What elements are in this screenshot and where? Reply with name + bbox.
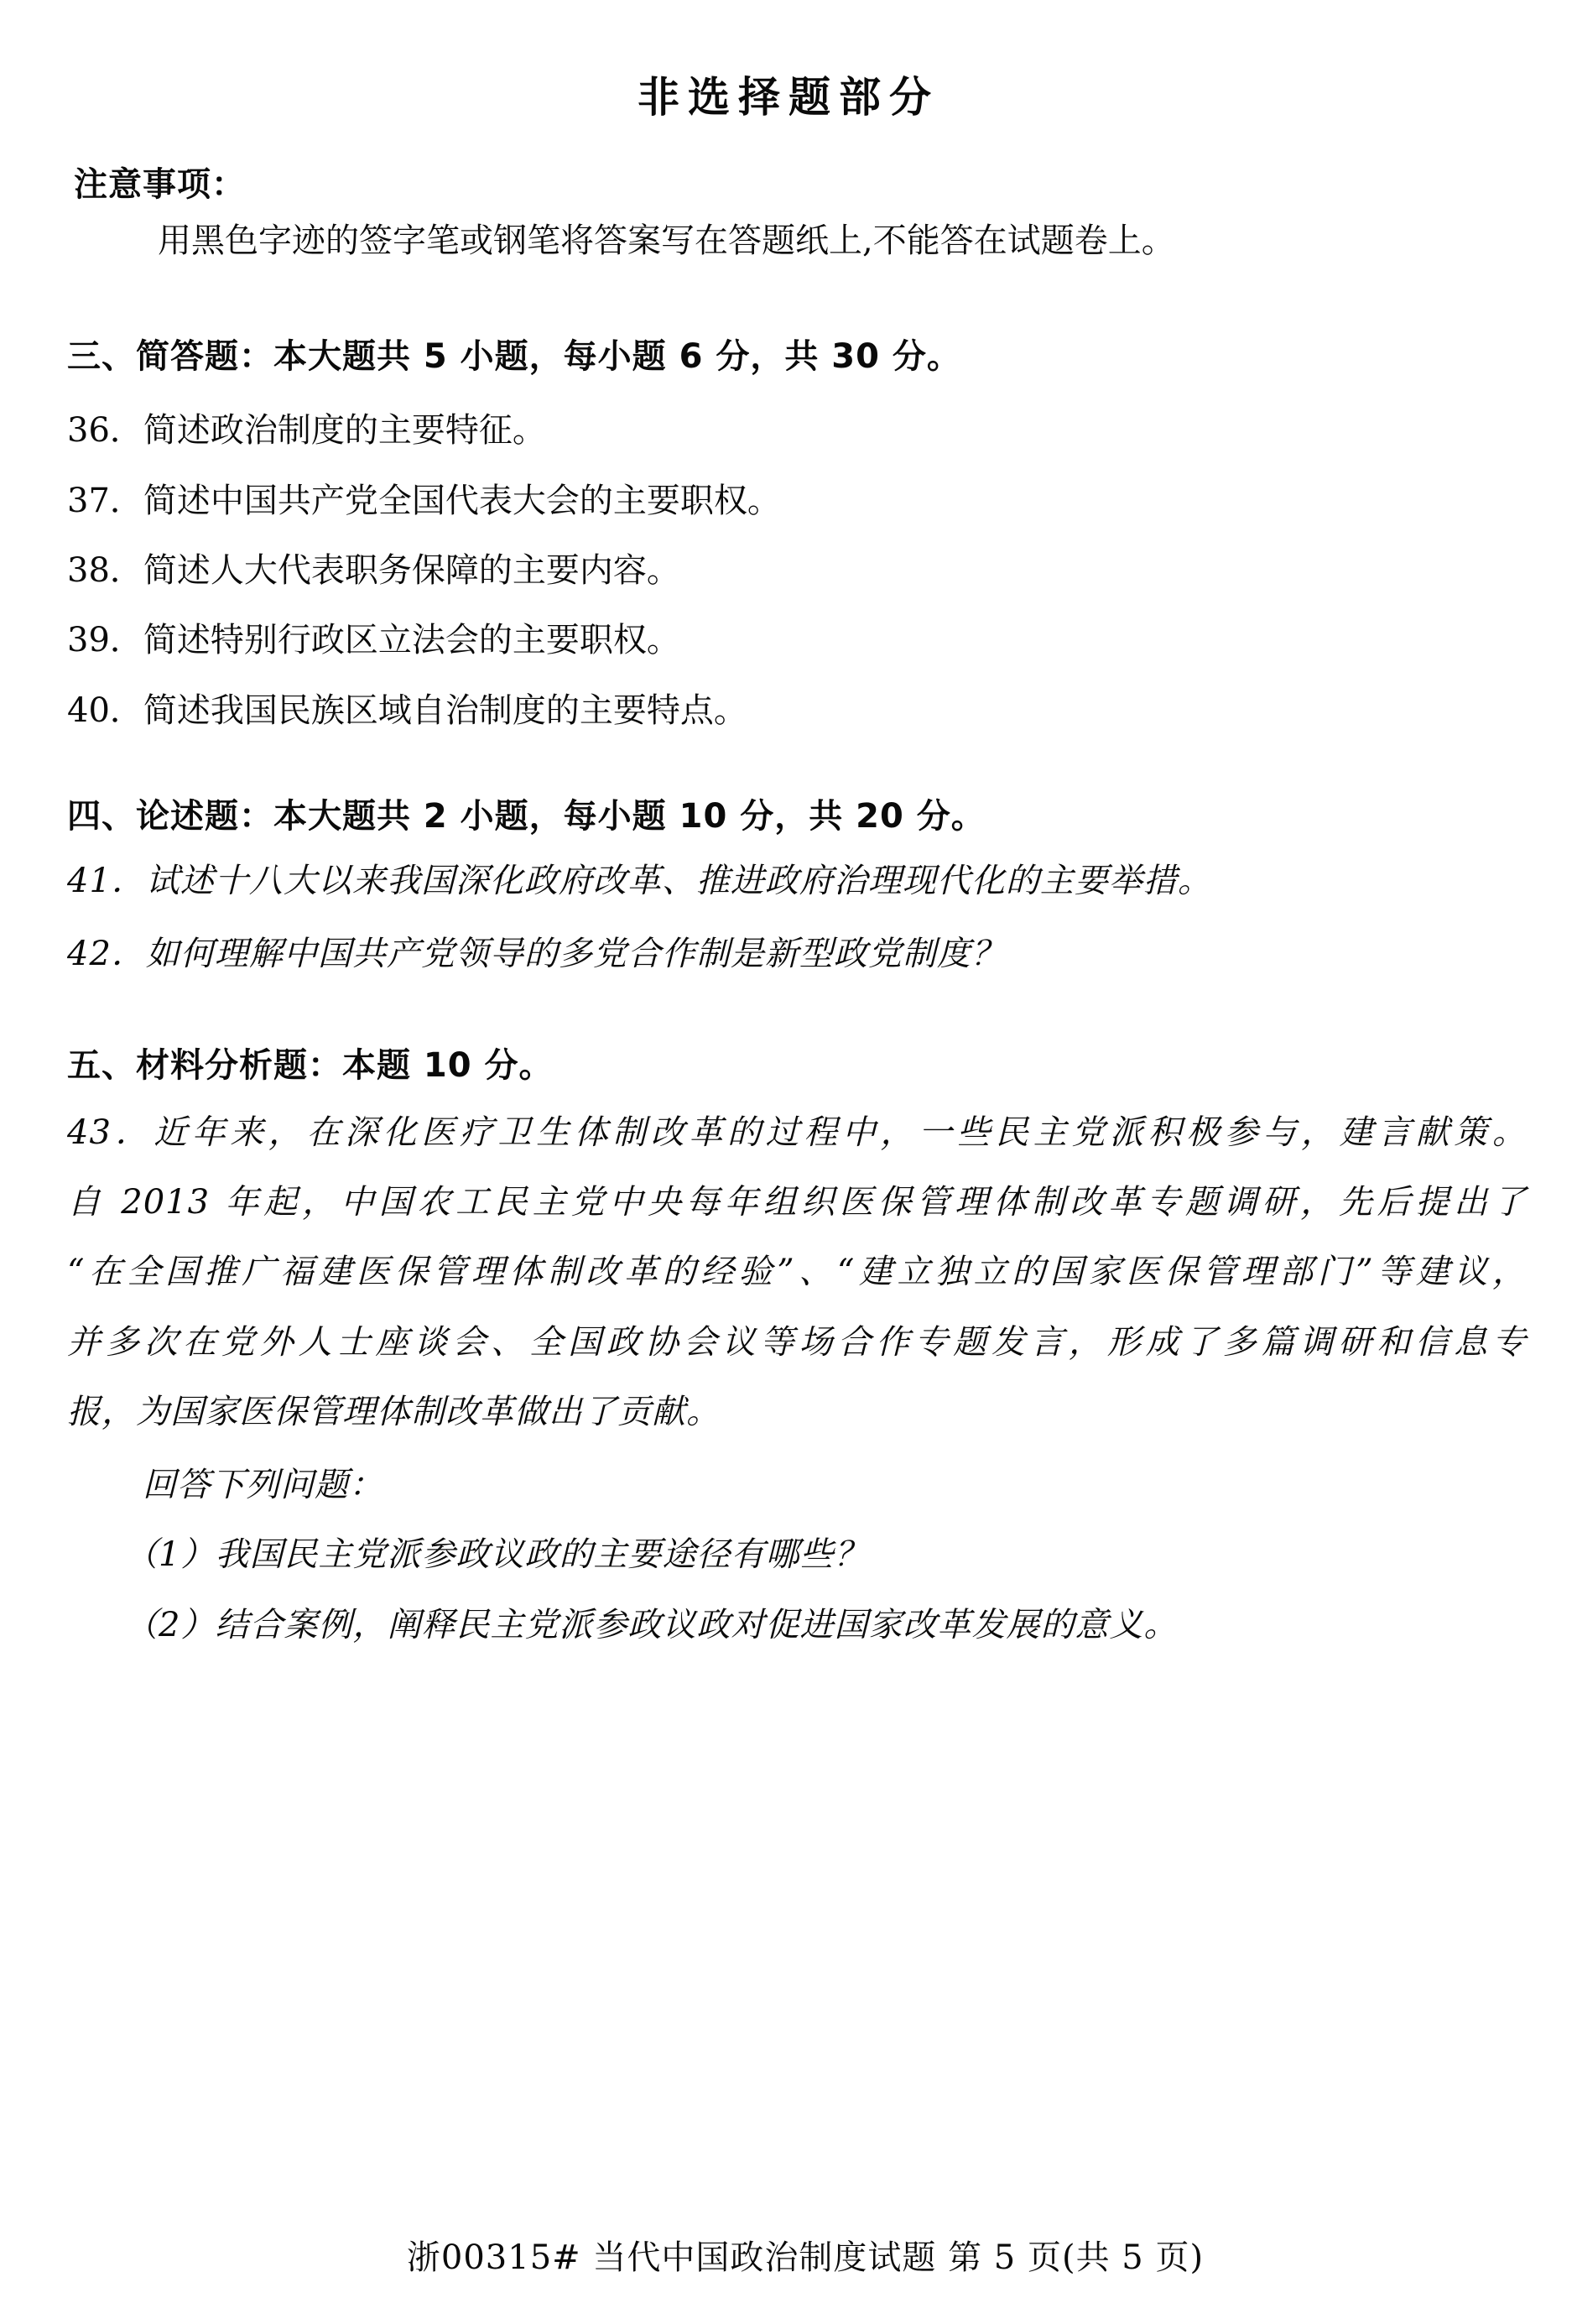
section-5-header: 五、材料分析题：本题 10 分。 <box>67 1045 554 1086</box>
question-36: 36．简述政治制度的主要特征。 <box>67 410 546 451</box>
question-39: 39．简述特别行政区立法会的主要职权。 <box>67 620 680 660</box>
question-37: 37．简述中国共产党全国代表大会的主要职权。 <box>67 481 781 521</box>
question-42: 42．如何理解中国共产党领导的多党合作制是新型政党制度？ <box>67 934 1006 974</box>
section-4-header: 四、论述题：本大题共 2 小题，每小题 10 分，共 20 分。 <box>67 796 986 836</box>
question-43-material-line-4: 并多次在党外人士座谈会、全国政协会议等场合作专题发言，形成了多篇调研和信息专 <box>67 1322 1527 1363</box>
question-40: 40．简述我国民族区域自治制度的主要特点。 <box>67 690 747 731</box>
question-43-sub-1: （1）我国民主党派参政议政的主要途径有哪些？ <box>124 1535 868 1575</box>
question-43-material-line-3: “在全国推广福建医保管理体制改革的经验”、“建立独立的国家医保管理部门”等建议， <box>67 1252 1527 1292</box>
question-43-material-line-2: 自 2013 年起，中国农工民主党中央每年组织医保管理体制改革专题调研，先后提出… <box>67 1182 1527 1222</box>
question-43-sub-2: （2）结合案例，阐释民主党派参政议政对促进国家改革发展的意义。 <box>124 1605 1178 1645</box>
question-41: 41．试述十八大以来我国深化政府改革、推进政府治理现代化的主要举措。 <box>67 861 1212 901</box>
page-title: 非选择题部分 <box>84 64 1493 124</box>
question-43-material-line-1: 43．近年来，在深化医疗卫生体制改革的过程中，一些民主党派积极参与，建言献策。 <box>67 1112 1527 1153</box>
question-43-prompt: 回答下列问题： <box>143 1465 383 1505</box>
footer-pagination: 浙00315# 当代中国政治制度试题 第 5 页(共 5 页) <box>34 2231 1577 2279</box>
question-43-material-line-5: 报，为国家医保管理体制改革做出了贡献。 <box>67 1392 1527 1432</box>
notice-text: 用黑色字迹的签字笔或钢笔将答案写在答题纸上,不能答在试题卷上。 <box>158 221 1175 261</box>
exam-paper-page: 非选择题部分 注意事项： 用黑色字迹的签字笔或钢笔将答案写在答题纸上,不能答在试… <box>0 0 1577 2324</box>
question-38: 38．简述人大代表职务保障的主要内容。 <box>67 550 680 591</box>
notice-label: 注意事项： <box>74 164 246 205</box>
section-3-header: 三、简答题：本大题共 5 小题，每小题 6 分，共 30 分。 <box>67 336 961 377</box>
